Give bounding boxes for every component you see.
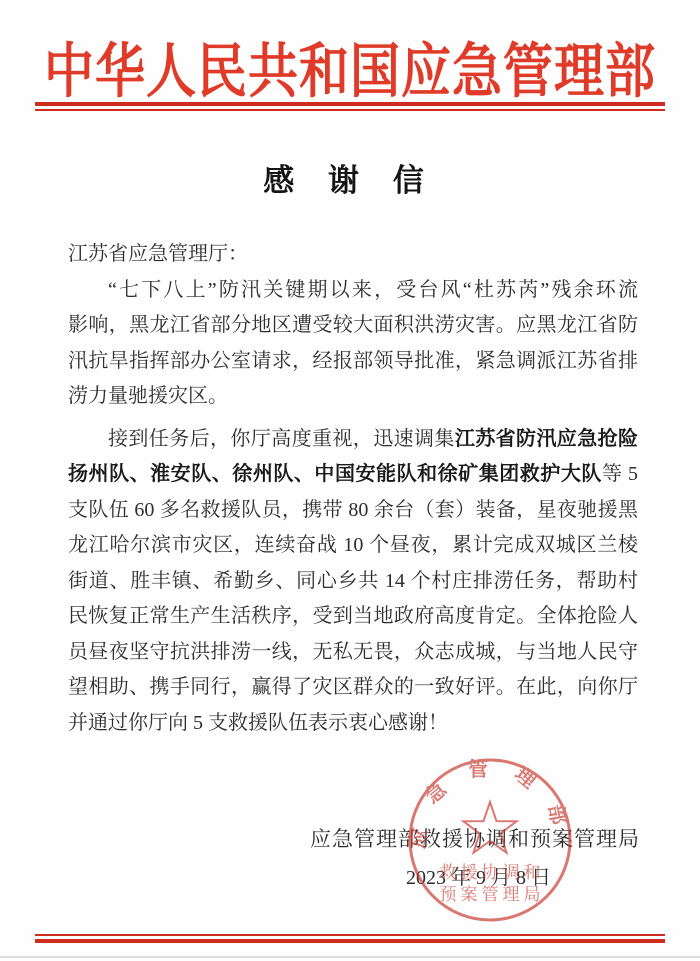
letter-page: 中华人民共和国应急管理部 感 谢 信 江苏省应急管理厅： “七下八上”防汛关键期… <box>0 0 700 961</box>
letter-body: 江苏省应急管理厅： “七下八上”防汛关键期以来，受台风“杜苏芮”残余环流影响，黑… <box>68 237 638 741</box>
body-text: 涝力量驰援灾区。 <box>68 385 228 407</box>
masthead-org-name: 中华人民共和国应急管理部 <box>0 24 700 109</box>
header-rule-thin <box>35 109 665 111</box>
body-line: 支队伍 60 多名救援队员，携带 80 余台（套）装备，星夜驰援黑 <box>68 493 638 529</box>
body-line: 街道、胜丰镇、希勤乡、同心乡共 14 个村庄排涝任务，帮助村 <box>68 564 638 600</box>
body-text: 等 5 <box>602 463 638 485</box>
body-line: 员昼夜坚守抗洪排涝一线，无私无畏，众志成城，与当地人民守 <box>68 635 638 671</box>
body-text: 员昼夜坚守抗洪排涝一线，无私无畏，众志成城，与当地人民守 <box>68 641 638 663</box>
footer-rule <box>35 934 665 943</box>
body-line: 并通过你厅向 5 支救援队伍表示衷心感谢！ <box>68 706 638 742</box>
body-text: “七下八上”防汛关键期以来，受台风“杜苏芮”残余环流 <box>108 279 638 301</box>
body-text: 并通过你厅向 5 支救援队伍表示衷心感谢！ <box>68 712 448 734</box>
body-text: 支队伍 60 多名救援队员，携带 80 余台（套）装备，星夜驰援黑 <box>68 499 638 521</box>
body-text: 影响，黑龙江省部分地区遭受较大面积洪涝灾害。应黑龙江省防 <box>68 314 638 336</box>
body-text: 民恢复正常生产生活秩序，受到当地政府高度肯定。全体抢险人 <box>68 605 638 627</box>
body-text-bold: 扬州队、淮安队、徐州队、中国安能队和徐矿集团救护大队 <box>68 463 602 485</box>
body-text: 汛抗旱指挥部办公室请求，经报部领导批准，紧急调派江苏省排 <box>68 350 638 372</box>
body-line: “七下八上”防汛关键期以来，受台风“杜苏芮”残余环流 <box>68 273 638 309</box>
body-line: 接到任务后，你厅高度重视，迅速调集江苏省防汛应急抢险 <box>68 422 638 458</box>
body-line: 扬州队、淮安队、徐州队、中国安能队和徐矿集团救护大队等 5 <box>68 457 638 493</box>
body-text: 龙江哈尔滨市灾区，连续奋战 10 个昼夜，累计完成双城区兰棱 <box>68 534 638 556</box>
body-text: 接到任务后，你厅高度重视，迅速调集 <box>108 428 455 450</box>
body-text: 街道、胜丰镇、希勤乡、同心乡共 14 个村庄排涝任务，帮助村 <box>68 570 638 592</box>
body-text-bold: 江苏省防汛应急抢险 <box>455 428 638 450</box>
body-text: 望相助、携手同行，赢得了灾区群众的一致好评。在此，向你厅 <box>68 676 638 698</box>
header-rule <box>35 102 665 111</box>
footer-rule-thick <box>35 939 665 943</box>
signature-date: 2023 年 9 月 8 日 <box>406 861 551 890</box>
body-line: 涝力量驰援灾区。 <box>68 379 638 415</box>
body-line: 汛抗旱指挥部办公室请求，经报部领导批准，紧急调派江苏省排 <box>68 344 638 380</box>
body-line: 影响，黑龙江省部分地区遭受较大面积洪涝灾害。应黑龙江省防 <box>68 308 638 344</box>
letter-title: 感 谢 信 <box>0 155 700 200</box>
paper-edge-shadow <box>0 956 700 958</box>
body-line: 望相助、携手同行，赢得了灾区群众的一致好评。在此，向你厅 <box>68 670 638 706</box>
signature-org: 应急管理部救援协调和预案管理局 <box>310 823 640 853</box>
body-paragraphs: “七下八上”防汛关键期以来，受台风“杜苏芮”残余环流影响，黑龙江省部分地区遭受较… <box>68 273 638 742</box>
salutation: 江苏省应急管理厅： <box>68 237 638 273</box>
body-line: 龙江哈尔滨市灾区，连续奋战 10 个昼夜，累计完成双城区兰棱 <box>68 528 638 564</box>
body-line: 民恢复正常生产生活秩序，受到当地政府高度肯定。全体抢险人 <box>68 599 638 635</box>
